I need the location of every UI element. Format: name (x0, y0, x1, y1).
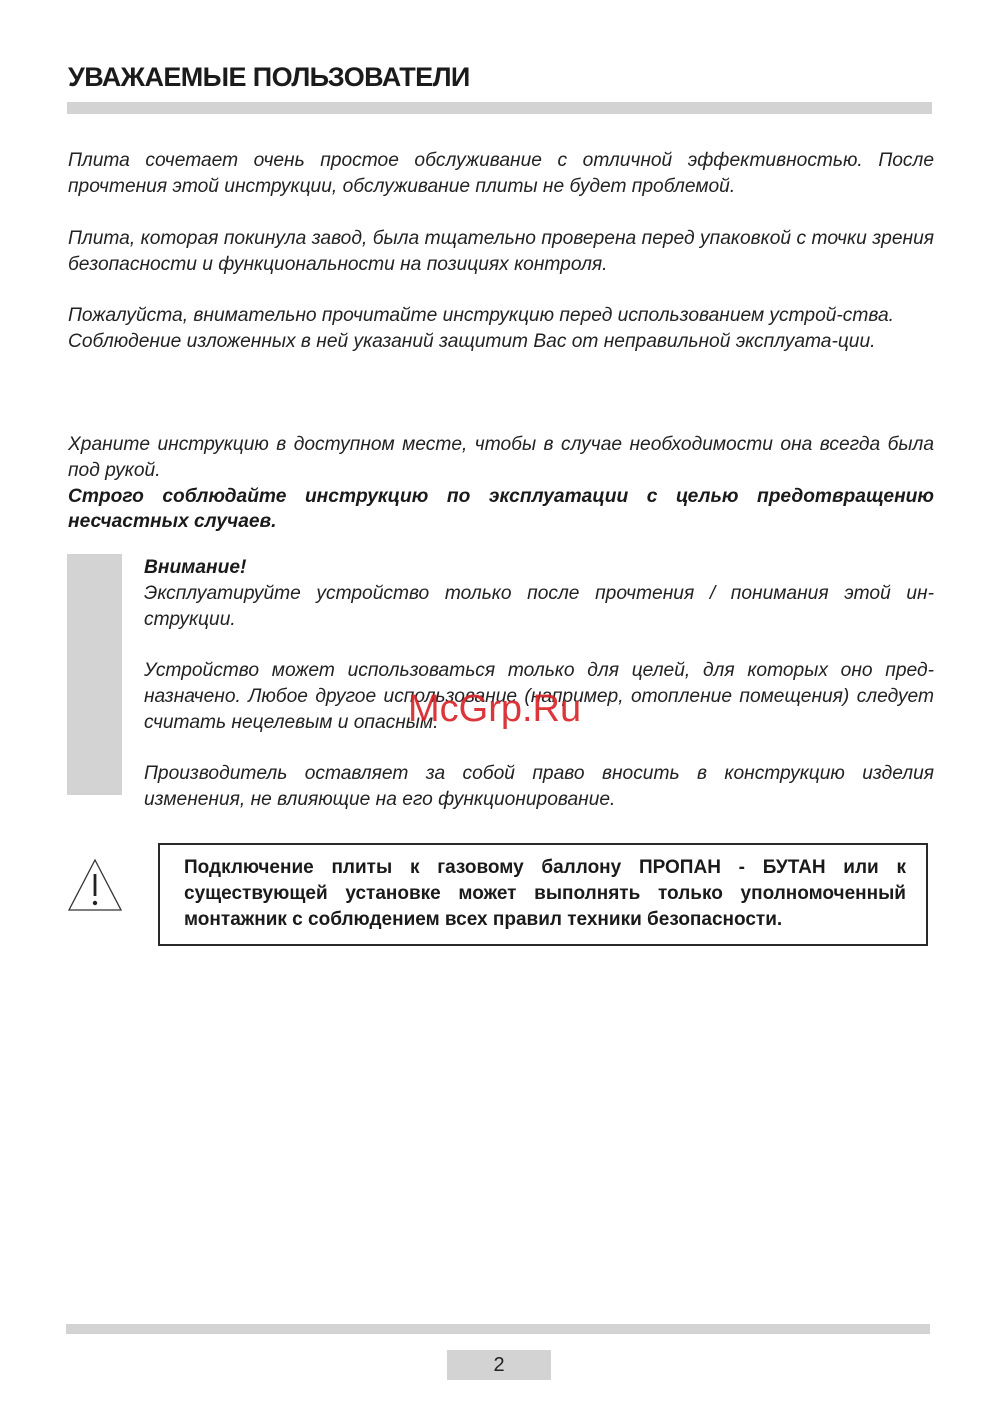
emphasis-paragraph: Строго соблюдайте инструкцию по эксплуат… (68, 484, 934, 536)
attention-item: Производитель оставляет за собой право в… (144, 761, 934, 813)
spacer (144, 632, 934, 658)
header-rule (67, 102, 932, 114)
footer-rule (66, 1324, 930, 1334)
page-title: УВАЖАЕМЫЕ ПОЛЬЗОВАТЕЛИ (68, 62, 470, 93)
intro-paragraph-3: Пожалуйста, внимательно прочитайте инстр… (68, 303, 934, 355)
intro-paragraph-4: Храните инструкцию в доступном месте, чт… (68, 432, 934, 535)
warning-triangle-icon (67, 858, 123, 912)
attention-heading: Внимание! (144, 555, 934, 581)
intro-paragraph-2: Плита, которая покинула завод, была тщат… (68, 226, 934, 278)
attention-item: Эксплуатируйте устройство только после п… (144, 581, 934, 633)
attention-section: Внимание! Эксплуатируйте устройство толь… (144, 555, 934, 813)
watermark: McGrp.Ru (408, 688, 581, 731)
paragraph-text: Храните инструкцию в доступном месте, чт… (68, 432, 934, 484)
warning-box: Подключение плиты к газовому баллону ПРО… (158, 843, 928, 946)
paragraph-text: Пожалуйста, внимательно прочитайте инстр… (68, 303, 934, 329)
attention-sidebar (67, 554, 122, 795)
paragraph-text: Плита сочетает очень простое обслуживани… (68, 148, 934, 200)
intro-paragraph-1: Плита сочетает очень простое обслуживани… (68, 148, 934, 200)
page-number: 2 (447, 1350, 551, 1380)
warning-text: Подключение плиты к газовому баллону ПРО… (184, 855, 906, 933)
spacer (144, 736, 934, 762)
paragraph-text: Соблюдение изложенных в ней указаний защ… (68, 329, 934, 355)
paragraph-text: Плита, которая покинула завод, была тщат… (68, 226, 934, 278)
